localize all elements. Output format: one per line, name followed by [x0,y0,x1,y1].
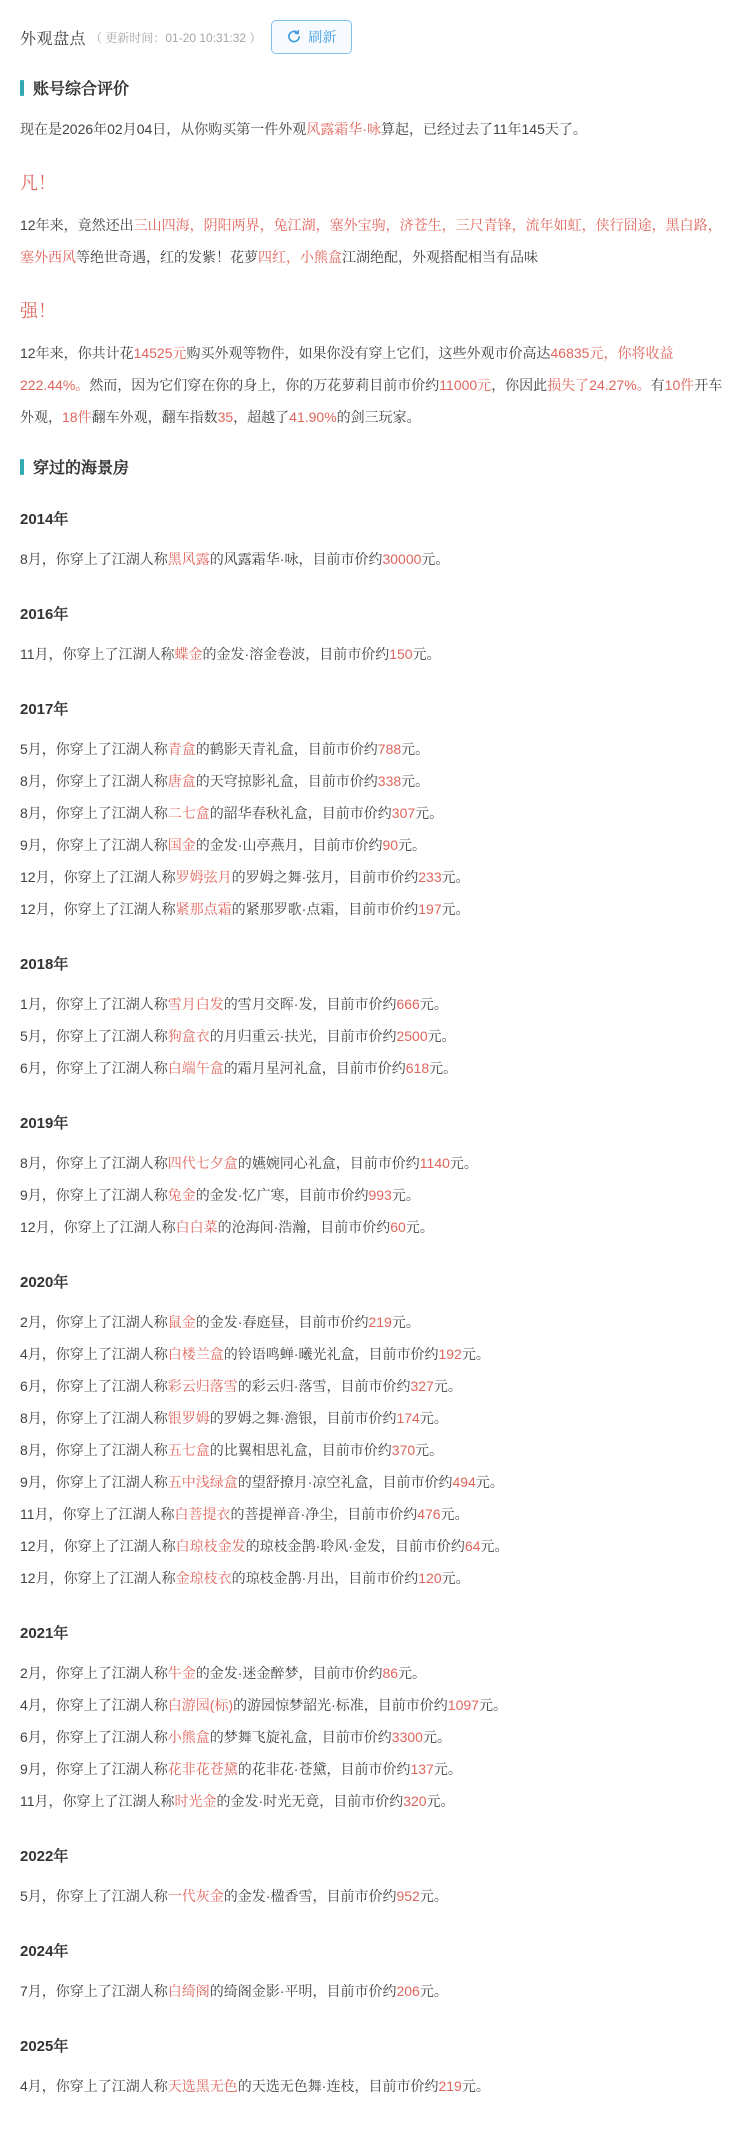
plain-text: 9月，你穿上了江湖人称 [20,1474,168,1490]
entry-paragraph: 11月，你穿上了江湖人称白菩提衣的菩提禅音·净尘，目前市价约476元。 [20,1500,732,1528]
entry-paragraph: 12月，你穿上了江湖人称罗姆弦月的罗姆之舞·弦月，目前市价约233元。 [20,863,732,891]
entry-paragraph: 2月，你穿上了江湖人称牛金的金发·迷金醉梦，目前市价约86元。 [20,1659,732,1687]
entry-paragraph: 9月，你穿上了江湖人称五中浅绿盒的望舒撩月·凉空礼盒，目前市价约494元。 [20,1468,732,1496]
plain-text: 9月，你穿上了江湖人称 [20,1187,168,1203]
plain-text: 11月，你穿上了江湖人称 [20,646,175,662]
plain-text: 7月，你穿上了江湖人称 [20,1983,168,1999]
year-heading: 2024年 [20,1940,732,1961]
plain-text: 的剑三玩家。 [337,409,421,425]
entry-paragraph: 5月，你穿上了江湖人称狗盒衣的月归重云·扶光，目前市价约2500元。 [20,1022,732,1050]
year-heading: 2017年 [20,698,732,719]
highlight-text: 120 [418,1570,441,1586]
year-heading: 2018年 [20,953,732,974]
highlight-text: 1140 [420,1155,450,1171]
highlight-text: 国金 [168,837,196,853]
entry-paragraph: 12月，你穿上了江湖人称白白菜的沧海间·浩瀚，目前市价约60元。 [20,1213,732,1241]
plain-text: 的沧海间·浩瀚，目前市价约 [218,1219,391,1235]
highlight-text: 64 [465,1538,481,1554]
highlight-text: 307 [392,805,415,821]
highlight-text: 1097 [448,1697,479,1713]
highlight-text: 338 [378,773,401,789]
highlight-text: 618 [406,1060,429,1076]
highlight-text: 白白菜 [176,1219,218,1235]
highlight-text: 30000 [382,551,421,567]
highlight-text: 时光金 [175,1793,217,1809]
plain-text: 11月，你穿上了江湖人称 [20,1793,175,1809]
highlight-text: 风露霜华·咏 [306,121,381,137]
plain-text: 12月，你穿上了江湖人称 [20,869,176,885]
plain-text: 元。 [420,1888,448,1904]
plain-text: 元。 [420,996,448,1012]
plain-text: 12月，你穿上了江湖人称 [20,1570,176,1586]
plain-text: 4月，你穿上了江湖人称 [20,1697,168,1713]
entry-paragraph: 8月，你穿上了江湖人称四代七夕盒的嬿婉同心礼盒，目前市价约1140元。 [20,1149,732,1177]
highlight-text: 666 [396,996,419,1012]
year-block: 2022年5月，你穿上了江湖人称一代灰金的金发·楹香雪，目前市价约952元。 [20,1845,732,1910]
highlight-text: 彩云归落雪 [168,1378,238,1394]
plain-text: 的金发·迷金醉梦，目前市价约 [196,1665,383,1681]
plain-text: 8月，你穿上了江湖人称 [20,1155,168,1171]
plain-text: 的金发·春庭昼，目前市价约 [196,1314,369,1330]
plain-text: 元。 [427,1793,455,1809]
plain-text: 的金发·山亭燕月，目前市价约 [196,837,383,853]
plain-text: 12年来，竟然还出 [20,217,134,233]
year-heading: 2016年 [20,603,732,624]
highlight-text: 兔金 [168,1187,196,1203]
plain-text: 算起，已经过去了11年145天了。 [381,121,587,137]
appearance-report-page: 外观盘点 （ 更新时间：01-20 10:31:32 ） 刷新 账号综合评价 现… [0,0,756,2144]
highlight-text: 18件 [62,409,92,425]
plain-text: 的金发·溶金卷波，目前市价约 [203,646,390,662]
entry-paragraph: 4月，你穿上了江湖人称天选黑无色的天选无色舞·连枝，目前市价约219元。 [20,2072,732,2100]
plain-text: 4月，你穿上了江湖人称 [20,1346,168,1362]
plain-text: 元。 [480,1538,508,1554]
entry-paragraph: 8月，你穿上了江湖人称银罗姆的罗姆之舞·澹银，目前市价约174元。 [20,1404,732,1432]
highlight-text: 狗盒衣 [168,1028,210,1044]
highlight-text: 2500 [396,1028,427,1044]
plain-text: 的铃语鸣蝉·曦光礼盒，目前市价约 [224,1346,439,1362]
plain-text: 6月，你穿上了江湖人称 [20,1060,168,1076]
plain-text: 元。 [401,773,429,789]
plain-text: 的绮阁金影·平明，目前市价约 [210,1983,397,1999]
page-title: 外观盘点 [20,26,86,49]
highlight-text: 90 [382,837,398,853]
highlight-text: 白游园(标) [168,1697,233,1713]
year-block: 2018年1月，你穿上了江湖人称雪月白发的雪月交晖·发，目前市价约666元。5月… [20,953,732,1082]
entry-paragraph: 1月，你穿上了江湖人称雪月白发的雪月交晖·发，目前市价约666元。 [20,990,732,1018]
plain-text: 的琼枝金鹊·月出，目前市价约 [232,1570,419,1586]
plain-text: 购买外观等物件，如果你没有穿上它们，这些外观市价高达 [187,345,551,361]
plain-text: 元。 [401,741,429,757]
history-years: 2014年8月，你穿上了江湖人称黑风露的风露霜华·咏，目前市价约30000元。2… [20,508,732,2100]
highlight-text: 银罗姆 [168,1410,210,1426]
highlight-text: 白菩提衣 [175,1506,231,1522]
plain-text: 12年来，你共计花 [20,345,134,361]
plain-text: 元。 [434,1378,462,1394]
entry-paragraph: 12月，你穿上了江湖人称白琼枝金发的琼枝金鹊·聆风·金发，目前市价约64元。 [20,1532,732,1560]
year-block: 2017年5月，你穿上了江湖人称青盒的鹤影天青礼盒，目前市价约788元。8月，你… [20,698,732,923]
refresh-button-label: 刷新 [308,27,336,47]
highlight-text: 41.90% [289,409,336,425]
overview-subheading: 强！ [20,297,732,323]
plain-text: 的霜月星河礼盒，目前市价约 [224,1060,406,1076]
highlight-text: 小熊盒 [168,1729,210,1745]
year-block: 2021年2月，你穿上了江湖人称牛金的金发·迷金醉梦，目前市价约86元。4月，你… [20,1622,732,1815]
history-heading-label: 穿过的海景房 [33,455,129,478]
highlight-text: 952 [396,1888,419,1904]
topbar: 外观盘点 （ 更新时间：01-20 10:31:32 ） 刷新 [20,20,732,54]
plain-text: 的鹤影天青礼盒，目前市价约 [196,741,378,757]
year-block: 2024年7月，你穿上了江湖人称白绮阁的绮阁金影·平明，目前市价约206元。 [20,1940,732,2005]
entry-paragraph: 5月，你穿上了江湖人称一代灰金的金发·楹香雪，目前市价约952元。 [20,1882,732,1910]
highlight-text: 10件 [665,377,695,393]
plain-text: 等绝世奇遇，红的发紫！花萝 [76,249,258,265]
plain-text: 翻车外观，翻车指数 [92,409,218,425]
plain-text: 11月，你穿上了江湖人称 [20,1506,175,1522]
history-section-heading: 穿过的海景房 [20,455,732,478]
highlight-text: 192 [438,1346,461,1362]
highlight-text: 雪月白发 [168,996,224,1012]
plain-text: 8月，你穿上了江湖人称 [20,1410,168,1426]
entry-paragraph: 8月，你穿上了江湖人称黑风露的风露霜华·咏，目前市价约30000元。 [20,545,732,573]
plain-text: 元。 [450,1155,478,1171]
year-heading: 2022年 [20,1845,732,1866]
entry-paragraph: 2月，你穿上了江湖人称鼠金的金发·春庭昼，目前市价约219元。 [20,1308,732,1336]
plain-text: 12月，你穿上了江湖人称 [20,1219,176,1235]
plain-text: 元。 [398,837,426,853]
entry-paragraph: 9月，你穿上了江湖人称兔金的金发·忆广寒，目前市价约993元。 [20,1181,732,1209]
highlight-text: 233 [418,869,441,885]
plain-text: 的菩提禅音·净尘，目前市价约 [231,1506,418,1522]
year-block: 2014年8月，你穿上了江湖人称黑风露的风露霜华·咏，目前市价约30000元。 [20,508,732,573]
entry-paragraph: 7月，你穿上了江湖人称白绮阁的绮阁金影·平明，目前市价约206元。 [20,1977,732,2005]
plain-text: 元。 [415,1442,443,1458]
plain-text: 6月，你穿上了江湖人称 [20,1378,168,1394]
plain-text: 元。 [420,1983,448,1999]
year-heading: 2014年 [20,508,732,529]
plain-text: 现在是2026年02月04日，从你购买第一件外观 [20,121,306,137]
highlight-text: 174 [396,1410,419,1426]
plain-text: 的比翼相思礼盒，目前市价约 [210,1442,392,1458]
year-heading: 2021年 [20,1622,732,1643]
highlight-text: 788 [378,741,401,757]
overview-subheading: 凡！ [20,169,732,195]
plain-text: 元。 [442,869,470,885]
plain-text: 12月，你穿上了江湖人称 [20,901,176,917]
plain-text: 元。 [423,1729,451,1745]
highlight-text: 86 [382,1665,398,1681]
plain-text: 元。 [442,1570,470,1586]
year-heading: 2025年 [20,2035,732,2056]
plain-text: 9月，你穿上了江湖人称 [20,837,168,853]
highlight-text: 476 [417,1506,440,1522]
highlight-text: 鼠金 [168,1314,196,1330]
overview-paragraph: 12年来，你共计花14525元购买外观等物件，如果你没有穿上它们，这些外观市价高… [20,337,732,433]
plain-text: 的嬿婉同心礼盒，目前市价约 [238,1155,420,1171]
plain-text: 元。 [462,2078,490,2094]
year-block: 2019年8月，你穿上了江湖人称四代七夕盒的嬿婉同心礼盒，目前市价约1140元。… [20,1112,732,1241]
plain-text: ，超越了 [233,409,289,425]
entry-paragraph: 4月，你穿上了江湖人称白楼兰盒的铃语鸣蝉·曦光礼盒，目前市价约192元。 [20,1340,732,1368]
plain-text: 8月，你穿上了江湖人称 [20,551,168,567]
overview-intro-paragraph: 现在是2026年02月04日，从你购买第一件外观风露霜华·咏算起，已经过去了11… [20,113,732,145]
plain-text: 6月，你穿上了江湖人称 [20,1729,168,1745]
highlight-text: 197 [418,901,441,917]
plain-text: 有 [651,377,665,393]
highlight-text: 黑风露 [168,551,210,567]
plain-text: 2月，你穿上了江湖人称 [20,1665,168,1681]
entry-paragraph: 11月，你穿上了江湖人称时光金的金发·时光无竟，目前市价约320元。 [20,1787,732,1815]
plain-text: 的紧那罗歌·点霜，目前市价约 [232,901,419,917]
highlight-text: 993 [368,1187,391,1203]
year-block: 2025年4月，你穿上了江湖人称天选黑无色的天选无色舞·连枝，目前市价约219元… [20,2035,732,2100]
year-block: 2016年11月，你穿上了江湖人称蝶金的金发·溶金卷波，目前市价约150元。 [20,603,732,668]
highlight-text: 唐盒 [168,773,196,789]
highlight-text: 五七盒 [168,1442,210,1458]
entry-paragraph: 12月，你穿上了江湖人称金琼枝衣的琼枝金鹊·月出，目前市价约120元。 [20,1564,732,1592]
highlight-text: 150 [389,646,412,662]
entry-paragraph: 9月，你穿上了江湖人称花非花苍黛的花非花·苍黛，目前市价约137元。 [20,1755,732,1783]
plain-text: 元。 [442,901,470,917]
highlight-text: 二七盒 [168,805,210,821]
highlight-text: 花非花苍黛 [168,1761,238,1777]
plain-text: 的梦舞飞旋礼盒，目前市价约 [210,1729,392,1745]
overview-blocks: 凡！12年来，竟然还出三山四海，阴阳两界，兔江湖，塞外宝驹，济苍生，三尺青锋，流… [20,169,732,433]
plain-text: 8月，你穿上了江湖人称 [20,1442,168,1458]
plain-text: 5月，你穿上了江湖人称 [20,1888,168,1904]
plain-text: 元。 [406,1219,434,1235]
highlight-text: 一代灰金 [168,1888,224,1904]
entry-paragraph: 8月，你穿上了江湖人称五七盒的比翼相思礼盒，目前市价约370元。 [20,1436,732,1464]
highlight-text: 494 [452,1474,475,1490]
highlight-text: 219 [368,1314,391,1330]
plain-text: 的望舒撩月·凉空礼盒，目前市价约 [238,1474,453,1490]
highlight-text: 青盒 [168,741,196,757]
plain-text: 8月，你穿上了江湖人称 [20,773,168,789]
highlight-text: 四红，小熊盒 [258,249,342,265]
entry-paragraph: 9月，你穿上了江湖人称国金的金发·山亭燕月，目前市价约90元。 [20,831,732,859]
plain-text: 的罗姆之舞·澹银，目前市价约 [210,1410,397,1426]
plain-text: 2月，你穿上了江湖人称 [20,1314,168,1330]
highlight-text: 白端午盒 [168,1060,224,1076]
highlight-text: 紧那点霜 [176,901,232,917]
highlight-text: 219 [438,2078,461,2094]
highlight-text: 白楼兰盒 [168,1346,224,1362]
highlight-text: 四代七夕盒 [168,1155,238,1171]
plain-text: 元。 [392,1187,420,1203]
highlight-text: 370 [392,1442,415,1458]
plain-text: 5月，你穿上了江湖人称 [20,1028,168,1044]
highlight-text: 五中浅绿盒 [168,1474,238,1490]
plain-text: 的天选无色舞·连枝，目前市价约 [238,2078,439,2094]
plain-text: 元。 [413,646,441,662]
overview-section-heading: 账号综合评价 [20,76,732,99]
plain-text: 元。 [434,1761,462,1777]
plain-text: 然而，因为它们穿在你的身上，你的万花萝莉目前市价约 [89,377,439,393]
plain-text: 4月，你穿上了江湖人称 [20,2078,168,2094]
plain-text: 元。 [420,1410,448,1426]
highlight-text: 蝶金 [175,646,203,662]
year-heading: 2020年 [20,1271,732,1292]
highlight-text: 320 [403,1793,426,1809]
plain-text: 元。 [428,1028,456,1044]
plain-text: 江湖绝配，外观搭配相当有品味 [342,249,538,265]
plain-text: 1月，你穿上了江湖人称 [20,996,168,1012]
plain-text: 的天穹掠影礼盒，目前市价约 [196,773,378,789]
plain-text: 的琼枝金鹊·聆风·金发，目前市价约 [246,1538,465,1554]
entry-paragraph: 8月，你穿上了江湖人称唐盒的天穹掠影礼盒，目前市价约338元。 [20,767,732,795]
highlight-text: 206 [396,1983,419,1999]
plain-text: 元。 [476,1474,504,1490]
entry-paragraph: 4月，你穿上了江湖人称白游园(标)的游园惊梦韶光·标准，目前市价约1097元。 [20,1691,732,1719]
section-bar-icon [20,459,24,475]
plain-text: 5月，你穿上了江湖人称 [20,741,168,757]
plain-text: 8月，你穿上了江湖人称 [20,805,168,821]
year-block: 2020年2月，你穿上了江湖人称鼠金的金发·春庭昼，目前市价约219元。4月，你… [20,1271,732,1592]
highlight-text: 白琼枝金发 [176,1538,246,1554]
highlight-text: 天选黑无色 [168,2078,238,2094]
highlight-text: 金琼枝衣 [176,1570,232,1586]
plain-text: 的风露霜华·咏，目前市价约 [210,551,383,567]
plain-text: 的花非花·苍黛，目前市价约 [238,1761,411,1777]
plain-text: 的韶华春秋礼盒，目前市价约 [210,805,392,821]
plain-text: 的金发·楹香雪，目前市价约 [224,1888,397,1904]
highlight-text: 损失了24.27%。 [547,377,650,393]
plain-text: 的游园惊梦韶光·标准，目前市价约 [233,1697,448,1713]
update-time: （ 更新时间：01-20 10:31:32 ） [90,29,261,46]
plain-text: 元。 [421,551,449,567]
plain-text: 元。 [441,1506,469,1522]
entry-paragraph: 6月，你穿上了江湖人称小熊盒的梦舞飞旋礼盒，目前市价约3300元。 [20,1723,732,1751]
highlight-text: 牛金 [168,1665,196,1681]
highlight-text: 3300 [392,1729,423,1745]
entry-paragraph: 6月，你穿上了江湖人称彩云归落雪的彩云归·落雪，目前市价约327元。 [20,1372,732,1400]
plain-text: 9月，你穿上了江湖人称 [20,1761,168,1777]
section-bar-icon [20,80,24,96]
plain-text: 的罗姆之舞·弦月，目前市价约 [232,869,419,885]
plain-text: 元。 [415,805,443,821]
plain-text: 元。 [429,1060,457,1076]
plain-text: ，你因此 [491,377,547,393]
plain-text: 元。 [392,1314,420,1330]
highlight-text: 137 [410,1761,433,1777]
overview-heading-label: 账号综合评价 [33,76,129,99]
highlight-text: 60 [390,1219,406,1235]
highlight-text: 327 [410,1378,433,1394]
plain-text: 的金发·忆广寒，目前市价约 [196,1187,369,1203]
highlight-text: 14525元 [134,345,187,361]
entry-paragraph: 6月，你穿上了江湖人称白端午盒的霜月星河礼盒，目前市价约618元。 [20,1054,732,1082]
plain-text: 元。 [479,1697,507,1713]
highlight-text: 35 [218,409,234,425]
entry-paragraph: 5月，你穿上了江湖人称青盒的鹤影天青礼盒，目前市价约788元。 [20,735,732,763]
highlight-text: 白绮阁 [168,1983,210,1999]
plain-text: 12月，你穿上了江湖人称 [20,1538,176,1554]
plain-text: 的彩云归·落雪，目前市价约 [238,1378,411,1394]
year-heading: 2019年 [20,1112,732,1133]
overview-paragraph: 12年来，竟然还出三山四海，阴阳两界，兔江湖，塞外宝驹，济苍生，三尺青锋，流年如… [20,209,732,273]
highlight-text: 罗姆弦月 [176,869,232,885]
plain-text: 的月归重云·扶光，目前市价约 [210,1028,397,1044]
entry-paragraph: 11月，你穿上了江湖人称蝶金的金发·溶金卷波，目前市价约150元。 [20,640,732,668]
highlight-text: 11000元 [439,377,491,393]
plain-text: 的雪月交晖·发，目前市价约 [224,996,397,1012]
plain-text: 的金发·时光无竟，目前市价约 [217,1793,404,1809]
entry-paragraph: 8月，你穿上了江湖人称二七盒的韶华春秋礼盒，目前市价约307元。 [20,799,732,827]
plain-text: 元。 [462,1346,490,1362]
refresh-button[interactable]: 刷新 [271,20,352,54]
entry-paragraph: 12月，你穿上了江湖人称紧那点霜的紧那罗歌·点霜，目前市价约197元。 [20,895,732,923]
plain-text: 元。 [398,1665,426,1681]
refresh-icon [287,30,301,44]
